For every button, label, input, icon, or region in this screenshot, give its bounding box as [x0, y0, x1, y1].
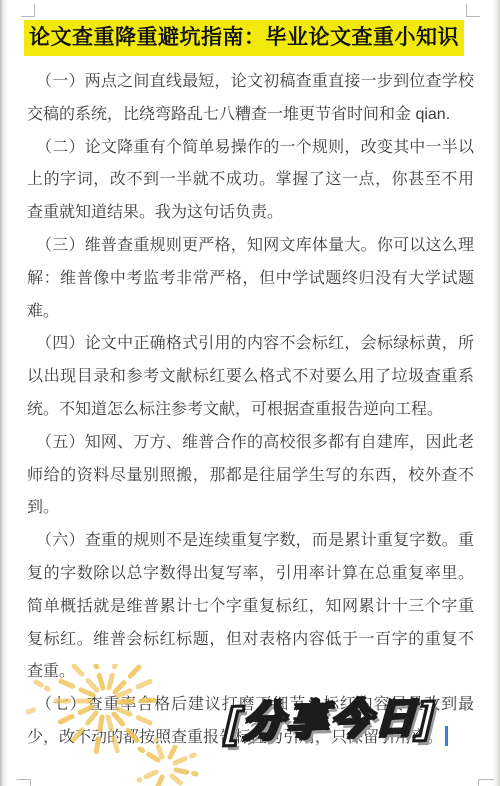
margin-corner-mark-bottom-right [478, 779, 494, 786]
margin-corner-mark-top-left [21, 4, 35, 17]
paragraph-5[interactable]: （五）知网、万方、维普合作的高校很多都有自建库，因此老师给的资料尽量别照搬，那都… [27, 427, 474, 525]
paragraph-1[interactable]: （一）两点之间直线最短，论文初稿查重直接一步到位查学校交稿的系统，比绕弯路乱七八… [27, 66, 474, 132]
paragraph-4[interactable]: （四）论文中正确格式引用的内容不会标红，会标绿标黄，所以出现目录和参考文献标红要… [27, 328, 474, 426]
paragraph-2[interactable]: （二）论文降重有个简单易操作的一个规则，改变其中一半以上的字词，改不到一半就不成… [27, 132, 474, 230]
margin-corner-mark-top-right [466, 4, 480, 17]
share-today-banner: [分享今日] [225, 684, 437, 749]
highlighted-title-text[interactable]: 论文查重降重避坑指南：毕业论文查重小知识 [24, 20, 464, 56]
page-title: 论文查重降重避坑指南：毕业论文查重小知识 [24, 20, 476, 56]
paragraph-3[interactable]: （三）维普查重规则更严格，知网文库体量大。你可以这么理解：维普像中考监考非常严格… [27, 230, 474, 328]
document-page: 论文查重降重避坑指南：毕业论文查重小知识 （一）两点之间直线最短，论文初稿查重直… [0, 0, 500, 786]
margin-corner-mark-bottom-left [17, 779, 31, 786]
text-cursor [445, 726, 448, 746]
paragraph-6[interactable]: （六）查重的规则不是连续重复字数，而是累计重复字数。重复的字数除以总字数得出复写… [27, 525, 474, 689]
document-body[interactable]: （一）两点之间直线最短，论文初稿查重直接一步到位查学校交稿的系统，比绕弯路乱七八… [27, 66, 474, 755]
